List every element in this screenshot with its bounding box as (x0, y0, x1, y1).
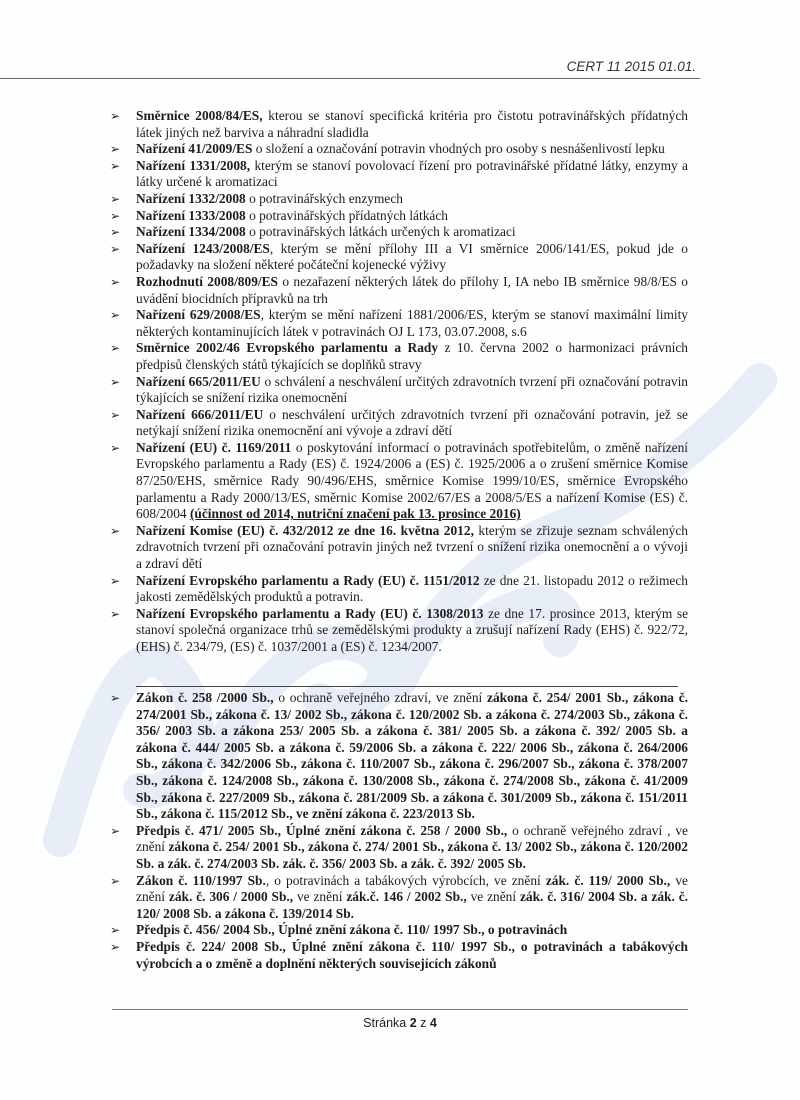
regulation-title: Nařízení 1331/2008, (136, 158, 250, 173)
list-item: ➢Nařízení 665/2011/EU o schválení a nesc… (110, 374, 688, 407)
arrow-bullet-icon: ➢ (110, 108, 120, 125)
list-item: ➢Nařízení Evropského parlamentu a Rady (… (110, 606, 688, 656)
list-item: ➢Nařízení 41/2009/ES o složení a označov… (110, 141, 688, 158)
arrow-bullet-icon: ➢ (110, 208, 120, 225)
arrow-bullet-icon: ➢ (110, 922, 120, 939)
footer-rule (112, 1009, 688, 1010)
arrow-bullet-icon: ➢ (110, 224, 120, 241)
regulation-title: Nařízení (EU) č. 1169/2011 (136, 440, 291, 455)
arrow-bullet-icon: ➢ (110, 523, 120, 540)
list-item: ➢Nařízení Evropského parlamentu a Rady (… (110, 573, 688, 606)
arrow-bullet-icon: ➢ (110, 873, 120, 890)
arrow-bullet-icon: ➢ (110, 407, 120, 424)
list-item: ➢Zákon č. 110/1997 Sb., o potravinách a … (110, 873, 688, 923)
list-item: ➢Nařízení 629/2008/ES, kterým se mění na… (110, 307, 688, 340)
regulation-title: Rozhodnutí 2008/809/ES (136, 274, 278, 289)
list-item: ➢Nařízení 1332/2008 o potravinářských en… (110, 191, 688, 208)
regulation-title: zák. č. 306 / 2000 Sb., (169, 889, 293, 904)
page-sep: z (417, 1016, 430, 1030)
regulation-title: Nařízení Evropského parlamentu a Rady (E… (136, 573, 480, 588)
regulation-title: Nařízení 629/2008/ES (136, 307, 261, 322)
header-rule (0, 78, 700, 79)
list-item: ➢Nařízení 1331/2008, kterým se stanoví p… (110, 158, 688, 191)
regulation-title: Předpis č. 224/ 2008 Sb., Úplné znění zá… (136, 939, 688, 971)
regulation-title: Nařízení 1243/2008/ES (136, 241, 270, 256)
effective-date-note: (účinnost od 2014, nutriční značení pak … (190, 506, 521, 521)
list-item: ➢Směrnice 2002/46 Evropského parlamentu … (110, 340, 688, 373)
list-item: ➢Předpis č. 456/ 2004 Sb., Úplné znění z… (110, 922, 688, 939)
regulations-list-eu: ➢Směrnice 2008/84/ES, kterou se stanoví … (110, 108, 688, 656)
arrow-bullet-icon: ➢ (110, 274, 120, 291)
document-code: CERT 11 2015 01.01. (567, 59, 700, 74)
regulation-description: o ochraně veřejného zdraví, ve znění (274, 690, 487, 705)
regulation-title: Nařízení 41/2009/ES (136, 141, 252, 156)
section-divider (136, 686, 678, 687)
arrow-bullet-icon: ➢ (110, 374, 120, 391)
regulation-description: o potravinářských přídatných látkách (246, 208, 448, 223)
regulation-title: Nařízení 666/2011/EU (136, 407, 263, 422)
regulation-title: Nařízení 1332/2008 (136, 191, 246, 206)
regulation-description: o složení a označování potravin vhodných… (252, 141, 664, 156)
list-item: ➢Rozhodnutí 2008/809/ES o nezařazení něk… (110, 274, 688, 307)
regulation-title: Nařízení 665/2011/EU (136, 374, 261, 389)
page-header: CERT 11 2015 01.01. (0, 58, 700, 76)
regulation-title: Zákon č. 110/1997 Sb. (136, 873, 266, 888)
regulation-title: Zákon č. 258 /2000 Sb., (136, 690, 274, 705)
regulation-title: Směrnice 2008/84/ES, (136, 108, 263, 123)
list-item: ➢Zákon č. 258 /2000 Sb., o ochraně veřej… (110, 690, 688, 823)
regulation-description: o potravinářských látkách určených k aro… (246, 224, 516, 239)
list-item: ➢Nařízení 666/2011/EU o neschválení urči… (110, 407, 688, 440)
list-item: ➢Předpis č. 224/ 2008 Sb., Úplné znění z… (110, 939, 688, 972)
regulation-title: Předpis č. 471/ 2005 Sb., Úplné znění zá… (136, 823, 507, 838)
regulation-title: zákona č. 254/ 2001 Sb., zákona č. 274/ … (136, 839, 688, 871)
list-item: ➢Nařízení (EU) č. 1169/2011 o poskytován… (110, 440, 688, 523)
list-item: ➢Předpis č. 471/ 2005 Sb., Úplné znění z… (110, 823, 688, 873)
list-item: ➢Nařízení 1243/2008/ES, kterým se mění p… (110, 241, 688, 274)
arrow-bullet-icon: ➢ (110, 241, 120, 258)
arrow-bullet-icon: ➢ (110, 141, 120, 158)
arrow-bullet-icon: ➢ (110, 606, 120, 623)
arrow-bullet-icon: ➢ (110, 340, 120, 357)
regulation-description: ve znění (293, 889, 346, 904)
regulation-title: Nařízení 1334/2008 (136, 224, 246, 239)
list-item: ➢Nařízení Komise (EU) č. 432/2012 ze dne… (110, 523, 688, 573)
regulation-title: Předpis č. 456/ 2004 Sb., Úplné znění zá… (136, 922, 567, 937)
page-label: Stránka (363, 1016, 410, 1030)
page-footer: Stránka 2 z 4 (0, 1016, 800, 1030)
arrow-bullet-icon: ➢ (110, 307, 120, 324)
regulation-title: Nařízení 1333/2008 (136, 208, 246, 223)
regulations-list-national: ➢Zákon č. 258 /2000 Sb., o ochraně veřej… (110, 690, 688, 972)
total-pages: 4 (430, 1016, 437, 1030)
regulation-title: Nařízení Evropského parlamentu a Rady (E… (136, 606, 484, 621)
regulation-title: Nařízení Komise (EU) č. 432/2012 ze dne … (136, 523, 474, 538)
regulation-description: , o potravinách a tabákových výrobcích, … (266, 873, 546, 888)
regulation-title: zák.č. 146 / 2002 Sb., (346, 889, 466, 904)
regulation-description: ve znění (467, 889, 520, 904)
arrow-bullet-icon: ➢ (110, 939, 120, 956)
arrow-bullet-icon: ➢ (110, 573, 120, 590)
arrow-bullet-icon: ➢ (110, 191, 120, 208)
regulation-description: o potravinářských enzymech (246, 191, 403, 206)
arrow-bullet-icon: ➢ (110, 690, 120, 707)
arrow-bullet-icon: ➢ (110, 823, 120, 840)
regulation-title: Směrnice 2002/46 Evropského parlamentu a… (136, 340, 438, 355)
current-page: 2 (410, 1016, 417, 1030)
list-item: ➢Nařízení 1334/2008 o potravinářských lá… (110, 224, 688, 241)
list-item: ➢Směrnice 2008/84/ES, kterou se stanoví … (110, 108, 688, 141)
arrow-bullet-icon: ➢ (110, 158, 120, 175)
arrow-bullet-icon: ➢ (110, 440, 120, 457)
regulation-title: zákona č. 254/ 2001 Sb., zákona č. 274/2… (136, 690, 688, 821)
regulation-title: zák. č. 119/ 2000 Sb., (546, 873, 670, 888)
list-item: ➢Nařízení 1333/2008 o potravinářských př… (110, 208, 688, 225)
